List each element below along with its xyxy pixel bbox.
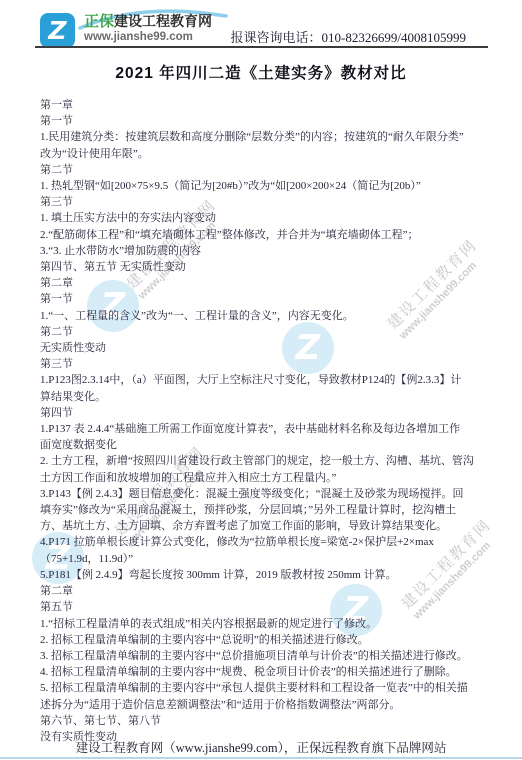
document-line: 第四节、第五节 无实质性变动 [40, 259, 496, 275]
document-line: 填夯实”修改为“采用商品混凝土，预拌砂浆，分层回填；”另外工程量计算时，挖沟槽土 [40, 502, 496, 518]
consult-phone-number: 报课咨询电话：010-82326699/4008105999 [231, 27, 466, 46]
document-line: 无实质性变动 [40, 340, 496, 356]
document-line: 1.P123图2.3.14中，（a）平面图，大厅上空标注尺寸变化，导致教材P12… [40, 372, 496, 388]
document-line: 2. 土方工程，新增“按照四川省建设行政主管部门的规定，挖一般土方、沟槽、基坑、… [40, 453, 496, 469]
document-line: 第五节 [40, 599, 496, 615]
document-line: 4.P171 拉筋单根长度计算公式变化，修改为“拉筋单根长度=梁宽-2×保护层+… [40, 534, 496, 550]
document-line: 2.“配筋砌体工程”和“填充墙砌体工程”整体修改，并合并为“填充墙砌体工程”； [40, 227, 496, 243]
document-line: 第一章 [40, 97, 496, 113]
document-line: 第三节 [40, 194, 496, 210]
document-line: 土方因工作面和放坡增加的工程量应并入相应土方工程量内。” [40, 470, 496, 486]
brand-website: www.jianshe99.com [84, 30, 212, 45]
document-line: 第二节 [40, 324, 496, 340]
document-line: 方、基坑土方、土方回填、余方弃置考虑了加宽工作面的影响，导致计算结果变化。 [40, 518, 496, 534]
document-line: 第二章 [40, 583, 496, 599]
document-page: Z Z Z Z 建设工程教育网 www.jianshe99.com 建设工程教育… [0, 0, 522, 760]
footer-divider [0, 757, 522, 759]
document-line: 1.民用建筑分类：按建筑层数和高度分删除“层数分类”的内容；按建筑的“耐久年限分… [40, 129, 496, 145]
document-line: 第三节 [40, 356, 496, 372]
brand-logo-icon: Z [40, 13, 75, 48]
page-title: 2021 年四川二造《土建实务》教材对比 [0, 61, 522, 83]
document-line: 改为“设计使用年限”。 [40, 146, 496, 162]
document-line: 2. 招标工程量清单编制的主要内容中“总说明”的相关描述进行修改。 [40, 632, 496, 648]
document-line: 3. 招标工程量清单编制的主要内容中“总价措施项目清单与计价表”的相关描述进行修… [40, 648, 496, 664]
document-line: （75+1.9d，11.9d）” [40, 551, 496, 567]
document-line: 1.P137 表 2.4.4“基础施工所需工作面宽度计算表”，表中基础材料名称及… [40, 421, 496, 437]
page-header: Z 正保建设工程教育网 www.jianshe99.com 报课咨询电话：010… [0, 0, 522, 48]
document-line: 第二节 [40, 162, 496, 178]
document-line: 第一节 [40, 113, 496, 129]
document-line: 第六节、第七节、第八节 [40, 713, 496, 729]
document-line: 1.“一、工程量的含义”改为“一、工程计量的含义”，内容无变化。 [40, 308, 496, 324]
document-line: 4. 招标工程量清单编制的主要内容中“规费、税金项目计价表”的相关描述进行了删除… [40, 664, 496, 680]
brand-logo-z-glyph: Z [48, 18, 66, 43]
document-line: 算结果变化。 [40, 389, 496, 405]
brand-text-block: 正保建设工程教育网 www.jianshe99.com [84, 13, 212, 45]
document-body: 第一章第一节1.民用建筑分类：按建筑层数和高度分删除“层数分类”的内容；按建筑的… [40, 97, 496, 745]
document-line: 5. 招标工程量清单编制的主要内容中“承包人提供主要材料和工程设备一览表”中的相… [40, 680, 496, 696]
brand-prefix: 正保 [84, 13, 114, 30]
document-line: 5.P181【例 2.4.9】弯起长度按 300mm 计算，2019 版教材按 … [40, 567, 496, 583]
document-line: 3.“3. 止水带防水”增加防震的内容 [40, 243, 496, 259]
document-line: 3.P143【例 2.4.3】题目信息变化：混凝土强度等级变化；“混凝土及砂浆为… [40, 486, 496, 502]
document-line: 第四节 [40, 405, 496, 421]
footer-site-note: 建设工程教育网（www.jianshe99.com），正保远程教育旗下品牌网站 [0, 738, 522, 756]
header-divider [35, 46, 488, 48]
brand-name: 建设工程教育网 [114, 13, 212, 29]
document-line: 述拆分为“适用于造价信息差额调整法”和“适用于价格指数调整法”两部分。 [40, 697, 496, 713]
document-line: 1. 热轧型钢“如[200×75×9.5（简记为[20#b）”改为“如[200×… [40, 178, 496, 194]
document-line: 1. 填土压实方法中的夯实法内容变动 [40, 210, 496, 226]
document-line: 1.“招标工程量清单的表式组成”相关内容根据最新的规定进行了修改。 [40, 616, 496, 632]
document-line: 第一节 [40, 291, 496, 307]
brand-name-line: 正保建设工程教育网 [84, 13, 212, 30]
document-line: 第二章 [40, 275, 496, 291]
document-line: 面宽度数据变化 [40, 437, 496, 453]
